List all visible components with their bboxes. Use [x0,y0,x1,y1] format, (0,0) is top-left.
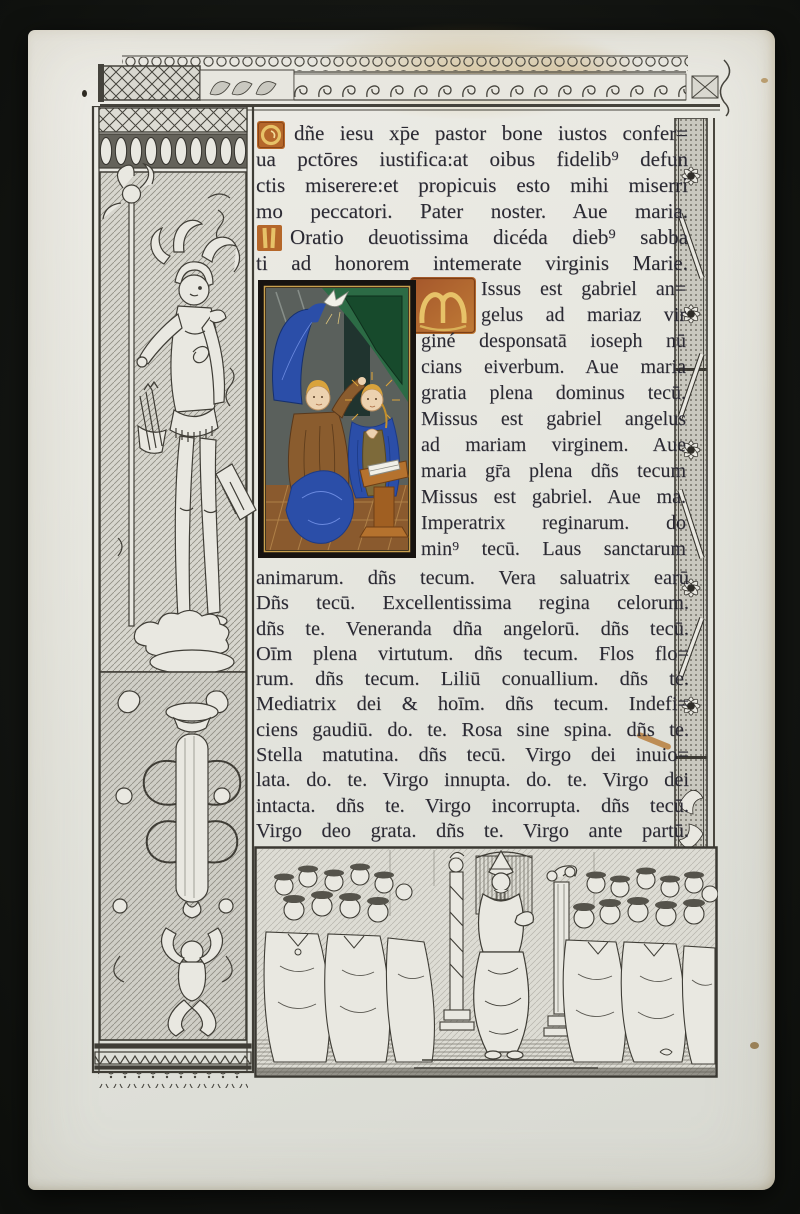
text-line: Virgo deo grata. dñs te. Virgo ante part… [256,819,689,844]
text-line: Issus est gabriel an= [421,276,686,302]
text-line: intacta. dñs te. Virgo incorrupta. dñs t… [256,794,689,819]
text-line: Mediatrix dei & hoīm. dñs tecum. Indefi= [256,692,689,717]
text-line: Missus est gabriel angelus [421,406,686,432]
annunciation-miniature [258,280,416,558]
text-line: Missus est gabriel. Aue ma. [421,484,686,510]
litany-text-block: animarum. dñs tecum. Vera saluatrix earū… [256,566,689,844]
rubric-line: ti ad honorem intemerate virginis Marie. [256,250,688,276]
photo-background: dñe iesu xp̄e pastor bone iustos confer=… [0,0,800,1214]
text-line: min⁹ tecū. Laus sanctarum [421,536,686,562]
text-line: mo peccatori. Pater noster. Aue maria. [256,198,688,224]
text-line: Imperatrix reginarum. do [421,510,686,536]
text-line: ciens gaudiū. do. te. Rosa sine spina. d… [256,718,689,743]
text-line: gratia plena dominus tecū. [421,380,686,406]
text-line: cians eiverbum. Aue maria [421,354,686,380]
text-line: giné desponsatā ioseph nū [421,328,686,354]
text-line: ad mariam virginem. Aue [421,432,686,458]
text-line: maria gr̄a plena dñs tecum [421,458,686,484]
text-line: lata. do. te. Virgo innupta. do. te. Vir… [256,768,689,793]
prayer-text-block: dñe iesu xp̄e pastor bone iustos confer=… [256,120,688,276]
rubric-line: Oratio deuotissima dicéda dieb⁹ sabba [256,224,688,250]
text-line: animarum. dñs tecum. Vera saluatrix earū [256,566,689,591]
text-line: ua pctōres iustifica:at oibus fidelib⁹ d… [256,146,688,172]
text-line: gelus ad mariaz vir [421,302,686,328]
text-line: rum. dñs tecum. Liliū conuallium. dñs te… [256,667,689,692]
text-line: dñe iesu xp̄e pastor bone iustos confer= [256,120,688,146]
paper-speck [750,1042,759,1049]
paper-speck [761,78,768,83]
manuscript-leaf: dñe iesu xp̄e pastor bone iustos confer=… [28,30,775,1190]
text-line: Stella matutina. dñs tecū. Virgo dei inu… [256,743,689,768]
missus-text-block: Issus est gabriel an= gelus ad mariaz vi… [421,276,686,562]
text-line: Dñs tecū. Excellentissima regina celorum… [256,591,689,616]
paper-speck [82,90,87,97]
text-line: dñs te. Veneranda dña angelorū. dñs tecū… [256,617,689,642]
left-border-soldier-woodcut-icon [90,106,258,1110]
text-line: ctis miserere:et propicuis esto mihi mis… [256,172,688,198]
court-scene-woodcut [254,846,718,1078]
text-line: Oīm plena virtutum. dñs tecum. Flos flo= [256,642,689,667]
